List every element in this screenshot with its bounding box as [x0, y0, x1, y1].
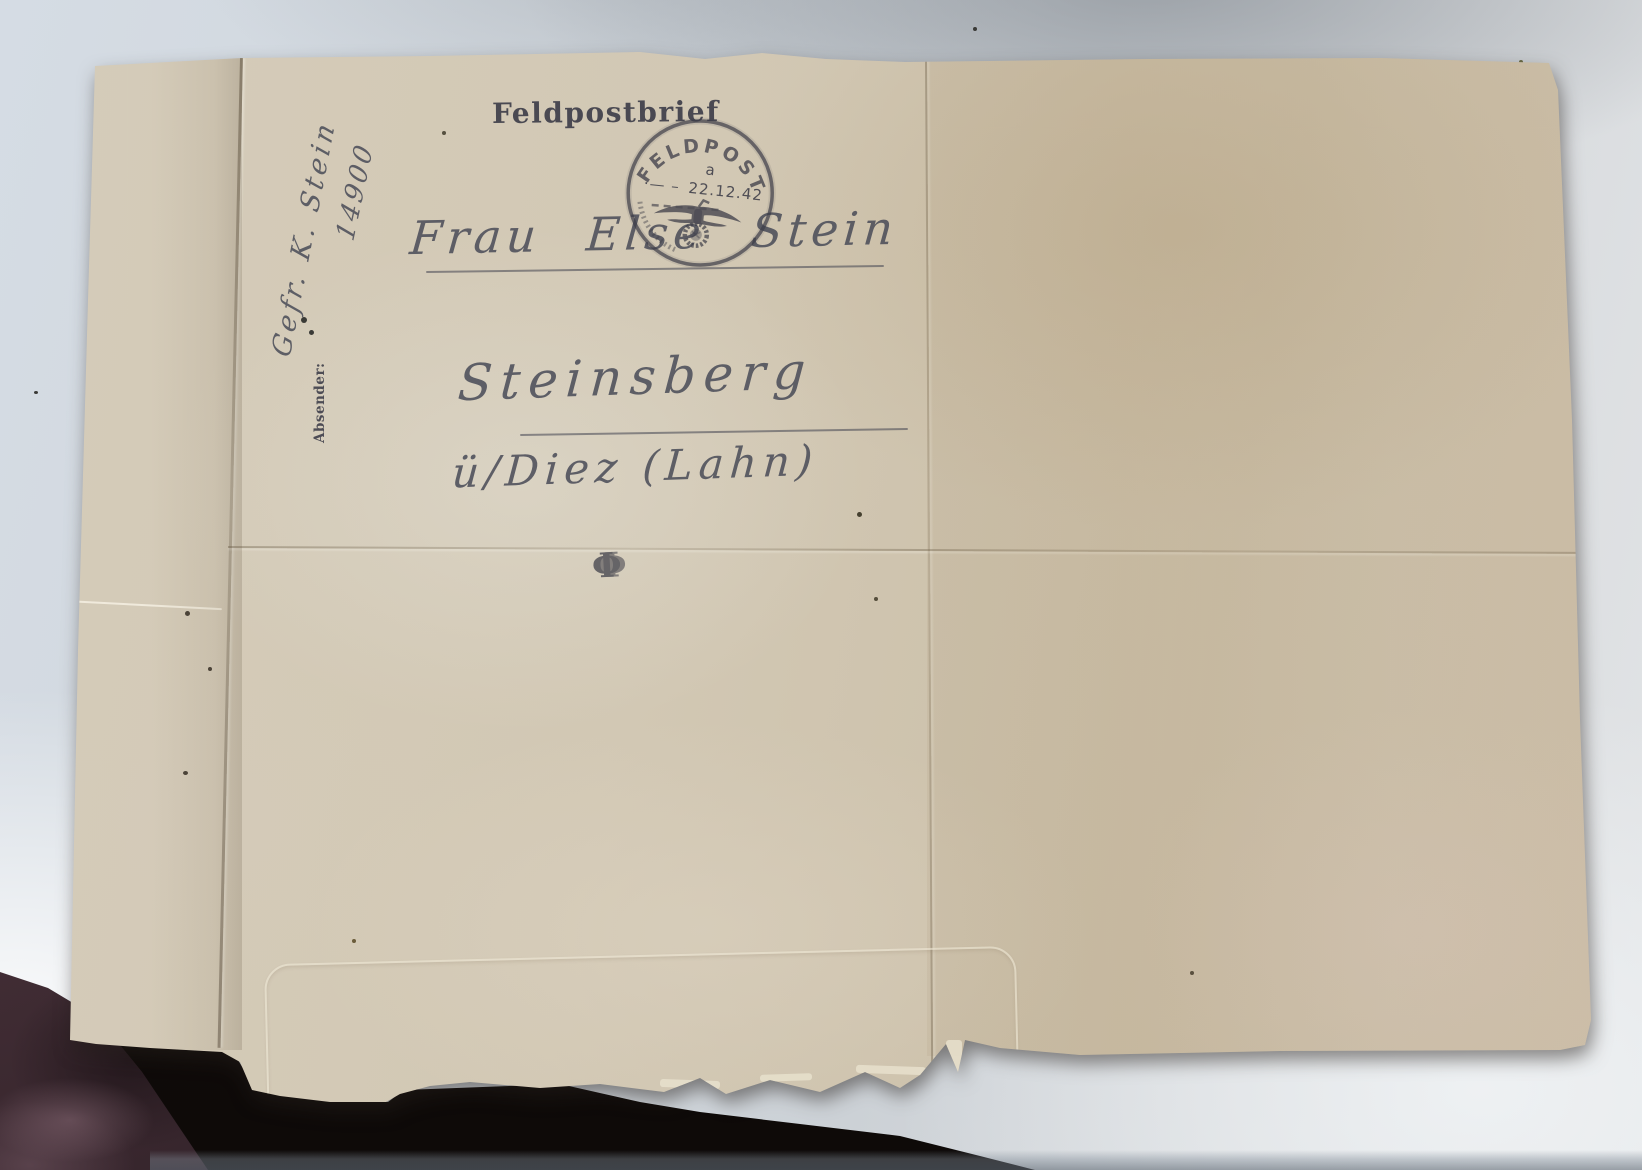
paper-speck — [857, 512, 862, 517]
paper-surface: Feldpostbrief Absender: Gefr. K. Stein 1… — [0, 0, 1642, 1170]
paper-speck — [185, 611, 190, 616]
printer-mark: Φ — [591, 545, 623, 586]
postmark-dashes: ·— – — [643, 174, 681, 196]
paper-speck — [183, 771, 188, 775]
paper-speck — [874, 597, 878, 601]
glue-flap-impression — [264, 946, 1020, 1138]
address-line-2: Steinsberg — [456, 342, 815, 413]
feldpost-letter: Feldpostbrief Absender: Gefr. K. Stein 1… — [0, 0, 1642, 1170]
postmark-stamp: FELDPOST a ·— – 22.12.42 — [613, 108, 787, 282]
postmark-code-letter: a — [705, 161, 716, 180]
photo-scene: Feldpostbrief Absender: Gefr. K. Stein 1… — [0, 0, 1642, 1170]
ink-blot — [301, 317, 307, 323]
address-line-3: ü/Diez (Lahn) — [450, 436, 820, 498]
paper-speck — [442, 131, 446, 135]
absender-label: Absender: — [312, 347, 328, 443]
flap-shading — [150, 56, 242, 1050]
paper-speck — [1190, 971, 1194, 975]
right-half-shading — [927, 58, 1591, 1056]
paper-speck — [352, 939, 356, 943]
torn-edge — [856, 1065, 926, 1075]
eagle-icon — [651, 195, 743, 250]
ink-blot — [309, 330, 314, 335]
address-rule-2 — [520, 428, 908, 436]
paper-speck — [208, 667, 212, 671]
torn-edge — [946, 1040, 962, 1072]
